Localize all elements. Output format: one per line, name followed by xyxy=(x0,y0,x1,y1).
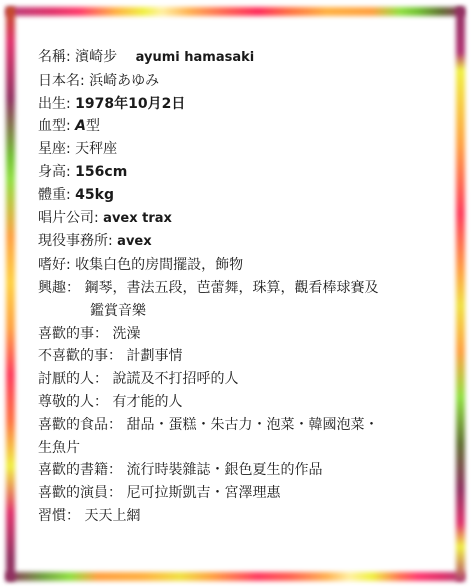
habit-value: 天天上網 xyxy=(84,508,140,524)
frame-bottom-border xyxy=(6,572,464,581)
profile-row-interests: 興趣： 鋼琴，書法五段，芭蕾舞，珠算，觀看棒球賽及 xyxy=(38,277,438,300)
birth-value: 1978年10月2日 xyxy=(75,96,185,112)
interests-label: 興趣： xyxy=(38,280,80,296)
profile-row-favorite-foods-continued: 生魚片 xyxy=(38,437,438,460)
blood-type-label: 血型: xyxy=(38,118,71,134)
name-value-english: ayumi hamasaki xyxy=(136,50,255,65)
profile-row-hobby: 嗜好: 收集白色的房間擺設，飾物 xyxy=(38,254,438,277)
dislikes-label: 不喜歡的事： xyxy=(38,348,122,364)
profile-row-record-label: 唱片公司: avex trax xyxy=(38,207,438,231)
profile-row-dislikes: 不喜歡的事： 計劃事情 xyxy=(38,345,438,368)
favorite-foods-value-line2: 生魚片 xyxy=(38,440,80,456)
height-value: 156cm xyxy=(75,164,127,180)
profile-row-favorite-actors: 喜歡的演員： 尼可拉斯凱吉・宮澤理惠 xyxy=(38,482,438,505)
interests-value-line1: 鋼琴，書法五段，芭蕾舞，珠算，觀看棒球賽及 xyxy=(84,280,378,296)
profile-row-blood-type: 血型: A型 xyxy=(38,115,438,138)
interests-value-line2: 鑑賞音樂 xyxy=(90,303,146,319)
weight-label: 體重: xyxy=(38,187,71,203)
hated-people-label: 討厭的人： xyxy=(38,371,108,387)
habit-label: 習慣： xyxy=(38,508,80,524)
name-label: 名稱: xyxy=(38,49,71,65)
frame-top-border xyxy=(6,7,464,16)
favorite-actors-value: 尼可拉斯凱吉・宮澤理惠 xyxy=(126,485,280,501)
agency-label: 現役事務所: xyxy=(38,233,113,249)
favorite-foods-label: 喜歡的食品： xyxy=(38,417,122,433)
dislikes-value: 計劃事情 xyxy=(126,348,182,364)
profile-row-name: 名稱: 濱崎步 ayumi hamasaki xyxy=(38,46,438,70)
frame-left-border xyxy=(6,7,15,581)
weight-value: 45kg xyxy=(75,187,114,203)
zodiac-label: 星座: xyxy=(38,141,71,157)
japanese-name-value: 浜崎あゆみ xyxy=(89,73,159,89)
agency-value: avex xyxy=(117,234,151,249)
profile-row-interests-continued: 鑑賞音樂 xyxy=(38,300,438,323)
name-value-chinese: 濱崎步 xyxy=(75,49,117,65)
hobby-value: 收集白色的房間擺設，飾物 xyxy=(75,257,243,273)
respected-people-label: 尊敬的人： xyxy=(38,394,108,410)
profile-row-japanese-name: 日本名: 浜崎あゆみ xyxy=(38,70,438,93)
height-label: 身高: xyxy=(38,164,71,180)
profile-row-birth: 出生: 1978年10月2日 xyxy=(38,93,438,116)
frame-right-border xyxy=(456,7,465,581)
favorite-actors-label: 喜歡的演員： xyxy=(38,485,122,501)
hated-people-value: 說謊及不打招呼的人 xyxy=(112,371,238,387)
favorite-books-label: 喜歡的書籍： xyxy=(38,462,122,478)
profile-row-height: 身高: 156cm xyxy=(38,161,438,184)
japanese-name-label: 日本名: xyxy=(38,73,85,89)
birth-label: 出生: xyxy=(38,96,71,112)
profile-row-respected-people: 尊敬的人： 有才能的人 xyxy=(38,391,438,414)
favorite-books-value: 流行時裝雜誌・銀色夏生的作品 xyxy=(126,462,322,478)
profile-list: 名稱: 濱崎步 ayumi hamasaki 日本名: 浜崎あゆみ 出生: 19… xyxy=(38,46,438,528)
blood-type-letter: A xyxy=(75,118,86,134)
profile-row-weight: 體重: 45kg xyxy=(38,184,438,207)
respected-people-value: 有才能的人 xyxy=(112,394,182,410)
record-label-value: avex trax xyxy=(103,211,172,226)
profile-row-zodiac: 星座: 天秤座 xyxy=(38,138,438,161)
profile-row-agency: 現役事務所: avex xyxy=(38,230,438,254)
favorite-foods-value-line1: 甜品・蛋糕・朱古力・泡菜・韓國泡菜・ xyxy=(126,417,378,433)
profile-row-likes: 喜歡的事： 洗澡 xyxy=(38,323,438,346)
blood-type-suffix: 型 xyxy=(86,118,100,134)
likes-label: 喜歡的事： xyxy=(38,326,108,342)
zodiac-value: 天秤座 xyxy=(75,141,117,157)
hobby-label: 嗜好: xyxy=(38,257,71,273)
record-label-label: 唱片公司: xyxy=(38,210,99,226)
profile-row-favorite-foods: 喜歡的食品： 甜品・蛋糕・朱古力・泡菜・韓國泡菜・ xyxy=(38,414,438,437)
profile-row-hated-people: 討厭的人： 說謊及不打招呼的人 xyxy=(38,368,438,391)
profile-row-favorite-books: 喜歡的書籍： 流行時裝雜誌・銀色夏生的作品 xyxy=(38,459,438,482)
likes-value: 洗澡 xyxy=(112,326,140,342)
profile-row-habit: 習慣： 天天上網 xyxy=(38,505,438,528)
